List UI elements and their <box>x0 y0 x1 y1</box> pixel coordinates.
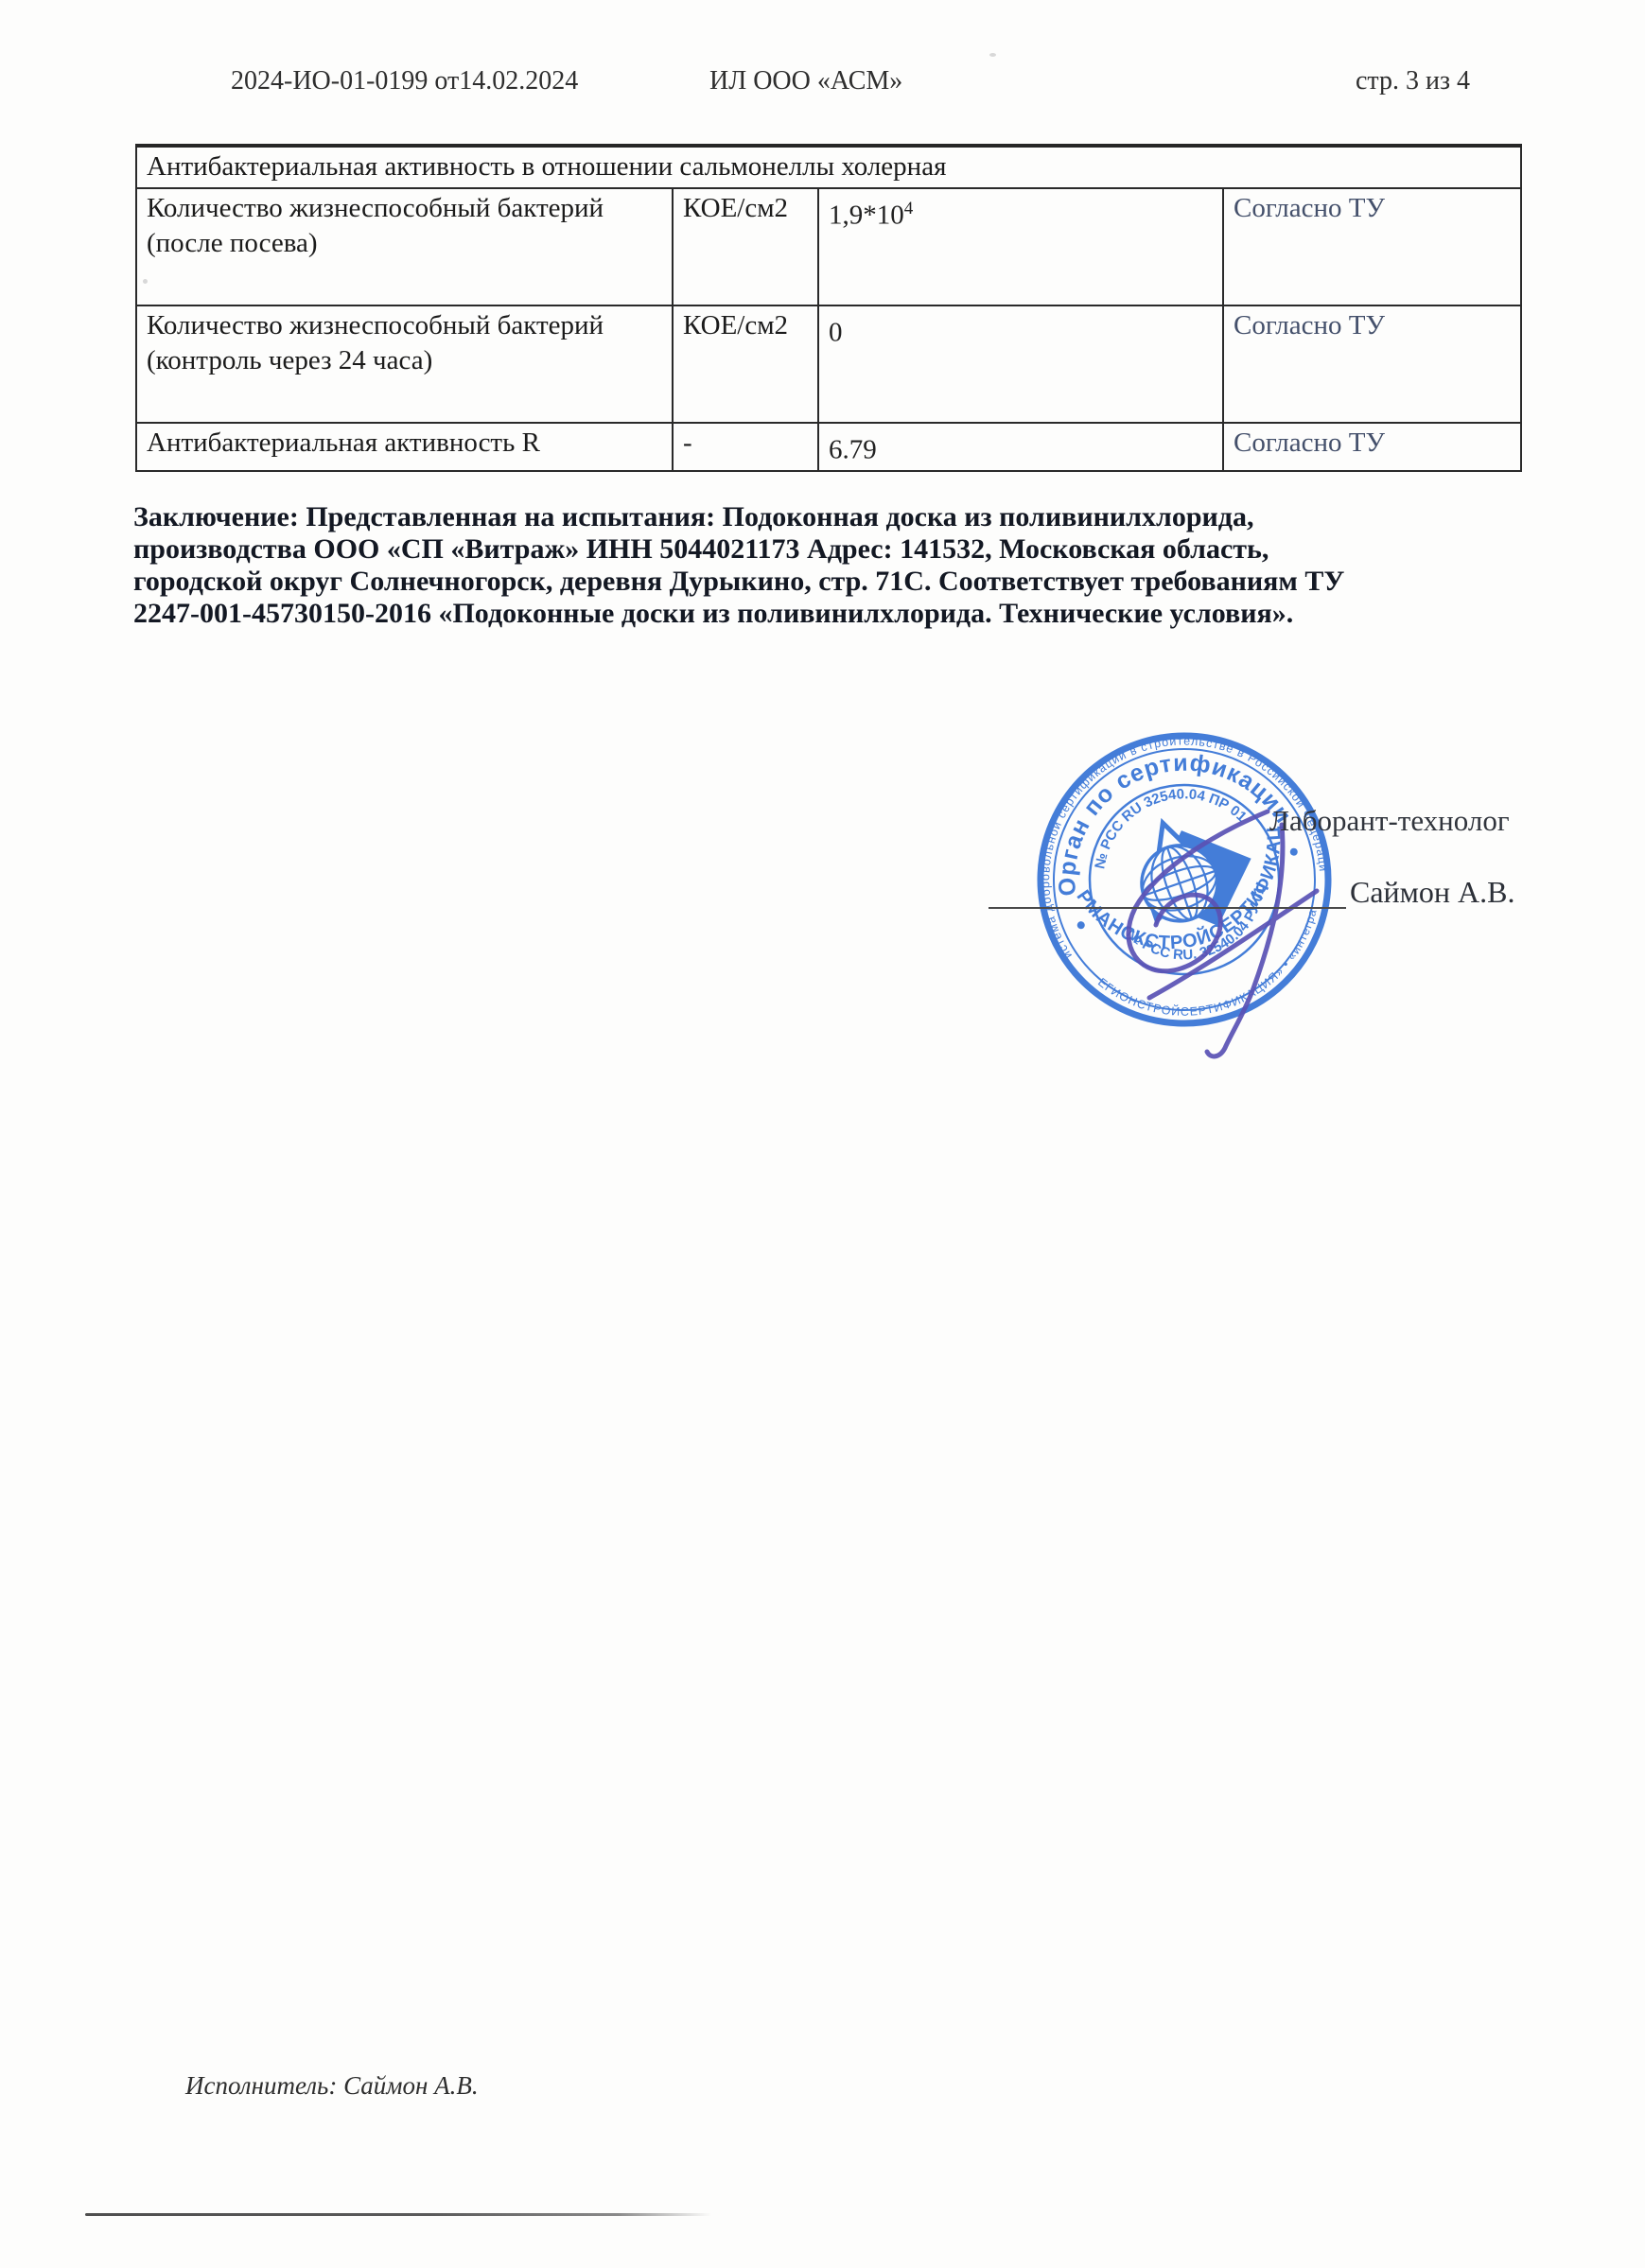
scan-speck <box>989 53 996 57</box>
signature-line <box>989 907 1346 909</box>
antibacterial-results-table: Антибактериальная активность в отношении… <box>135 144 1522 472</box>
signer-role-label: Лаборант-технолог <box>1269 804 1510 838</box>
table-row: Антибактериальная активность R - 6.79 Со… <box>136 423 1521 471</box>
document-number: 2024-ИО-01-0199 от14.02.2024 <box>231 66 578 96</box>
executor-line: Исполнитель: Саймон А.В. <box>185 2071 479 2101</box>
value-exponent: 4 <box>904 199 914 218</box>
table-row: Количество жизнеспособный бактерий (посл… <box>136 188 1521 305</box>
scanned-test-report-page: 2024-ИО-01-0199 от14.02.2024 ИЛ ООО «АСМ… <box>0 0 1645 2268</box>
conclusion-line: городской округ Солнечногорск, деревня Д… <box>133 566 1344 598</box>
conclusion-line: 2247-001-45730150-2016 «Подоконные доски… <box>133 598 1344 630</box>
norm-cell: Согласно ТУ <box>1223 188 1521 305</box>
conclusion-paragraph: Заключение: Представленная на испытания:… <box>133 501 1344 630</box>
value-base: 0 <box>829 318 843 348</box>
signature-loop-stroke <box>1129 811 1268 971</box>
scan-speck <box>143 279 148 284</box>
param-cell: Количество жизнеспособный бактерий (конт… <box>136 305 673 423</box>
unit-cell: - <box>673 423 818 471</box>
results-table-wrapper: Антибактериальная активность в отношении… <box>135 144 1522 472</box>
page-indicator: стр. 3 из 4 <box>1356 66 1470 96</box>
scan-artifact-line <box>85 2213 711 2216</box>
table-title-row: Антибактериальная активность в отношении… <box>136 146 1521 188</box>
signer-name: Саймон А.В. <box>1350 875 1515 910</box>
param-cell: Антибактериальная активность R <box>136 423 673 471</box>
value-cell: 1,9*104 <box>818 188 1223 305</box>
value-cell: 0 <box>818 305 1223 423</box>
table-row: Количество жизнеспособный бактерий (конт… <box>136 305 1521 423</box>
conclusion-line: производства ООО «СП «Витраж» ИНН 504402… <box>133 533 1344 566</box>
norm-cell: Согласно ТУ <box>1223 423 1521 471</box>
value-cell: 6.79 <box>818 423 1223 471</box>
table-title: Антибактериальная активность в отношении… <box>136 146 1521 188</box>
lab-name: ИЛ ООО «АСМ» <box>709 66 902 96</box>
norm-cell: Согласно ТУ <box>1223 305 1521 423</box>
value-base: 6.79 <box>829 435 877 465</box>
unit-cell: КОЕ/см2 <box>673 188 818 305</box>
param-cell: Количество жизнеспособный бактерий (посл… <box>136 188 673 305</box>
value-base: 1,9*10 <box>829 201 904 231</box>
unit-cell: КОЕ/см2 <box>673 305 818 423</box>
conclusion-line: Заключение: Представленная на испытания:… <box>133 501 1344 533</box>
